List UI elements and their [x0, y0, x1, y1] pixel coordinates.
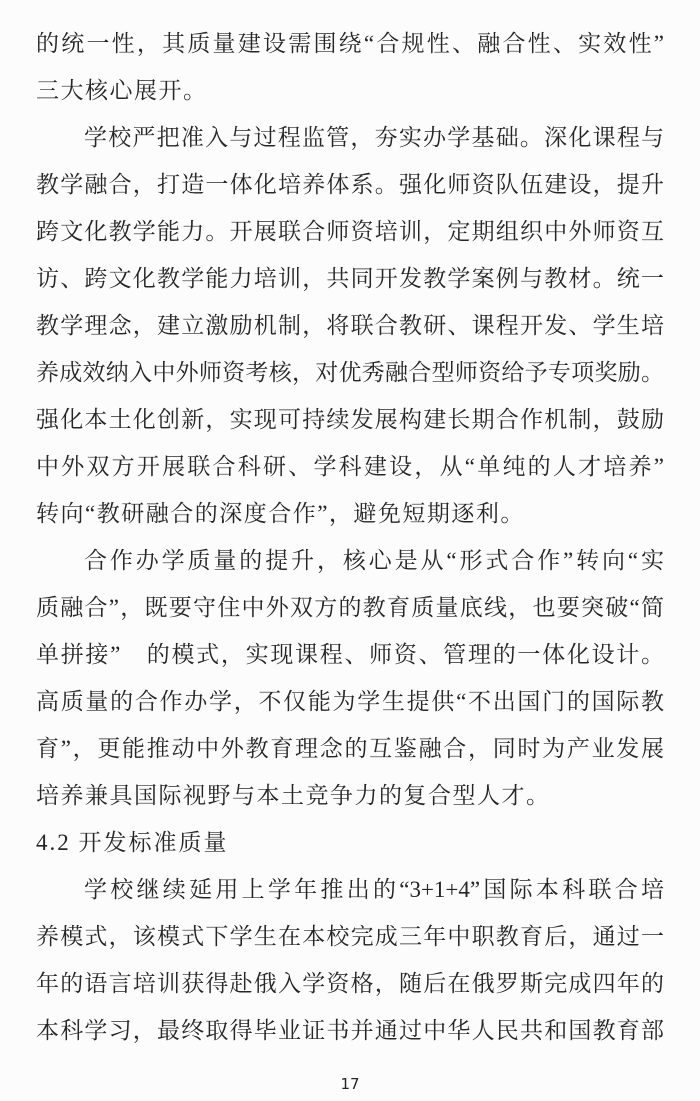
text-line: 学校严把准入与过程监管，夯实办学基础。深化课程与 [36, 114, 664, 161]
page-footer: 17 [0, 1075, 700, 1094]
text-line: 强化本土化创新，实现可持续发展构建长期合作机制，鼓励 [36, 396, 664, 443]
text-line: 的统一性，其质量建设需围绕“合规性、融合性、实效性” [36, 20, 664, 67]
text-line: 教学理念，建立激励机制，将联合教研、课程开发、学生培 [36, 302, 664, 349]
text-line: 转向“教研融合的深度合作”，避免短期逐利。 [36, 490, 664, 537]
text-line: 本科学习，最终取得毕业证书并通过中华人民共和国教育部 [36, 1007, 664, 1054]
text-line: 教学融合，打造一体化培养体系。强化师资队伍建设，提升 [36, 161, 664, 208]
text-line: 合作办学质量的提升，核心是从“形式合作”转向“实 [36, 537, 664, 584]
text-line: 养成效纳入中外师资考核，对优秀融合型师资给予专项奖励。 [36, 349, 664, 396]
paragraph: 学校继续延用上学年推出的“3+1+4”国际本科联合培养模式，该模式下学生在本校完… [36, 866, 664, 1054]
text-line: 高质量的合作办学，不仅能为学生提供“不出国门的国际教 [36, 678, 664, 725]
document-page: 的统一性，其质量建设需围绕“合规性、融合性、实效性”三大核心展开。学校严把准入与… [0, 0, 700, 1101]
text-line: 学校继续延用上学年推出的“3+1+4”国际本科联合培 [36, 866, 664, 913]
text-line: 育”，更能推动中外教育理念的互鉴融合，同时为产业发展 [36, 725, 664, 772]
heading-line: 4.2 开发标准质量 [36, 819, 664, 866]
text-line: 单拼接” 的模式，实现课程、师资、管理的一体化设计。 [36, 631, 664, 678]
text-line: 三大核心展开。 [36, 67, 664, 114]
text-line: 中外双方开展联合科研、学科建设，从“单纯的人才培养” [36, 443, 664, 490]
page-number: 17 [340, 1075, 359, 1093]
page-content: 的统一性，其质量建设需围绕“合规性、融合性、实效性”三大核心展开。学校严把准入与… [36, 20, 664, 1054]
text-line: 年的语言培训获得赴俄入学资格，随后在俄罗斯完成四年的 [36, 960, 664, 1007]
paragraph: 学校严把准入与过程监管，夯实办学基础。深化课程与教学融合，打造一体化培养体系。强… [36, 114, 664, 537]
section-heading: 4.2 开发标准质量 [36, 819, 664, 866]
paragraph: 的统一性，其质量建设需围绕“合规性、融合性、实效性”三大核心展开。 [36, 20, 664, 114]
text-line: 质融合”，既要守住中外双方的教育质量底线，也要突破“简 [36, 584, 664, 631]
text-line: 跨文化教学能力。开展联合师资培训，定期组织中外师资互 [36, 208, 664, 255]
text-line: 养模式，该模式下学生在本校完成三年中职教育后，通过一 [36, 913, 664, 960]
text-line: 培养兼具国际视野与本土竞争力的复合型人才。 [36, 772, 664, 819]
text-line: 访、跨文化教学能力培训，共同开发教学案例与教材。统一 [36, 255, 664, 302]
paragraph: 合作办学质量的提升，核心是从“形式合作”转向“实质融合”，既要守住中外双方的教育… [36, 537, 664, 819]
